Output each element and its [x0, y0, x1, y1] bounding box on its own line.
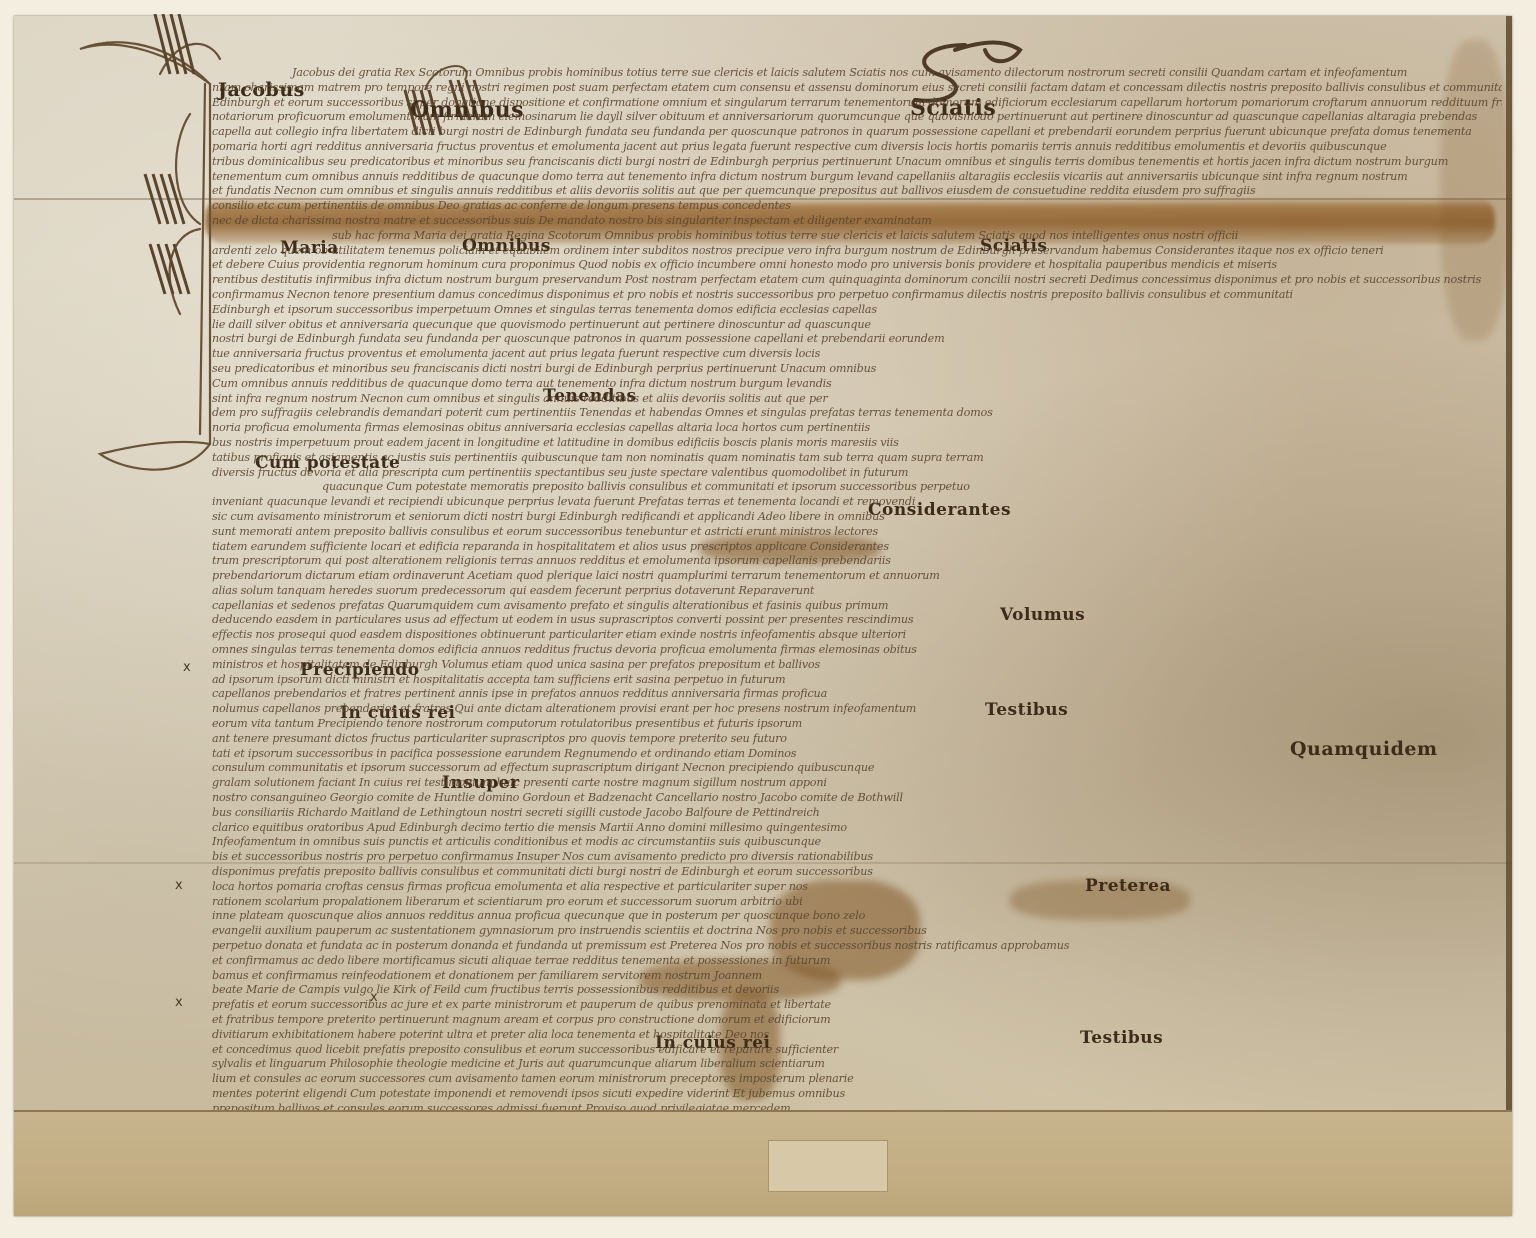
text-line: eorum vita tantum Precipiendo tenore nos…	[212, 717, 1502, 732]
text-line: nec de dicta charissima nostra matre et …	[212, 214, 1502, 229]
text-line: quacunque Cum potestate memoratis prepos…	[212, 480, 1502, 495]
text-line: sint infra regnum nostrum Necnon cum omn…	[212, 392, 1502, 407]
text-line: tati et ipsorum successoribus in pacific…	[212, 747, 1502, 762]
text-line: prefatis et eorum successoribus ac jure …	[212, 998, 1502, 1013]
text-line: alias solum tanquam heredes suorum prede…	[212, 584, 1502, 599]
text-line: Edinburgh et eorum successoribus super d…	[212, 96, 1502, 111]
text-line: beate Marie de Campis vulgo lie Kirk of …	[212, 983, 1502, 998]
margin-cross-mark: x	[370, 990, 378, 1005]
text-line: gralam solutionem faciant In cuius rei t…	[212, 776, 1502, 791]
text-line: tribus dominicalibus seu predicatoribus …	[212, 155, 1502, 170]
text-line: sylvalis et linguarum Philosophie theolo…	[212, 1057, 1502, 1072]
text-line: evangelii auxilium pauperum ac sustentat…	[212, 924, 1502, 939]
text-line: consilio etc cum pertinentiis de omnibus…	[212, 199, 1502, 214]
decorated-initial-flourish	[60, 14, 230, 484]
text-line: notariorum proficuorum emolumentorum fir…	[212, 110, 1502, 125]
text-line: sic cum avisamento ministrorum et senior…	[212, 510, 1502, 525]
text-line: dem pro suffragiis celebrandis demandari…	[212, 406, 1502, 421]
text-line: diversis fructus devoria et alia prescri…	[212, 466, 1502, 481]
text-line: tatibus proficuis et asiamentis ac justi…	[212, 451, 1502, 466]
seal-slit	[768, 1140, 888, 1192]
text-line: disponimus prefatis preposito ballivis c…	[212, 865, 1502, 880]
text-line: et fundatis Necnon cum omnibus et singul…	[212, 184, 1502, 199]
text-line: capella aut collegio infra libertatem di…	[212, 125, 1502, 140]
text-line: confirmamus Necnon tenore presentium dam…	[212, 288, 1502, 303]
text-line: bus consiliariis Richardo Maitland de Le…	[212, 806, 1502, 821]
text-line: sunt memorati antem preposito ballivis c…	[212, 525, 1502, 540]
text-line: prebendariorum dictarum etiam ordinaveru…	[212, 569, 1502, 584]
text-line: effectis nos prosequi quod easdem dispos…	[212, 628, 1502, 643]
plica-fold	[14, 1110, 1512, 1216]
text-line: deducendo easdem in particulares usus ad…	[212, 613, 1502, 628]
text-line: nostro consanguineo Georgio comite de Hu…	[212, 791, 1502, 806]
text-line: lie daill silver obitus et anniversaria …	[212, 318, 1502, 333]
text-line: et fratribus tempore preterito pertinuer…	[212, 1013, 1502, 1028]
text-line: tenementum cum omnibus annuis redditibus…	[212, 170, 1502, 185]
text-line: Cum omnibus annuis redditibus de quacunq…	[212, 377, 1502, 392]
text-line: ministros et hospitalitatem de Edinburgh…	[212, 658, 1502, 673]
text-line: ant tenere presumant dictos fructus part…	[212, 732, 1502, 747]
text-line: et concedimus quod licebit prefatis prep…	[212, 1043, 1502, 1058]
text-line: et confirmamus ac dedo libere mortificam…	[212, 954, 1502, 969]
text-line: capellanias et sedenos prefatas Quarumqu…	[212, 599, 1502, 614]
text-line: capellanos prebendarios et fratres perti…	[212, 687, 1502, 702]
text-line: noria proficua emolumenta firmas elemosi…	[212, 421, 1502, 436]
text-line: loca hortos pomaria croftas census firma…	[212, 880, 1502, 895]
text-line: nolumus capellanos prebendarios et fratr…	[212, 702, 1502, 717]
text-line: consulum communitatis et ipsorum success…	[212, 761, 1502, 776]
text-line: nram charissimam matrem pro tempore regn…	[212, 81, 1502, 96]
text-line: Edinburgh et ipsorum successoribus imper…	[212, 303, 1502, 318]
text-line: lium et consules ac eorum successores cu…	[212, 1072, 1502, 1087]
text-line: rationem scolarium propalationem liberar…	[212, 895, 1502, 910]
text-line: mentes poterint eligendi Cum potestate i…	[212, 1087, 1502, 1102]
margin-cross-mark: x	[183, 660, 191, 675]
text-line: Infeofamentum in omnibus suis punctis et…	[212, 835, 1502, 850]
margin-cross-mark: x	[175, 995, 183, 1010]
text-line: Jacobus dei gratia Rex Scotorum Omnibus …	[212, 66, 1502, 81]
text-line: sub hac forma Maria dei gratia Regina Sc…	[212, 229, 1502, 244]
text-line: pomaria horti agri redditus anniversaria…	[212, 140, 1502, 155]
text-line: omnes singulas terras tenementa domos ed…	[212, 643, 1502, 658]
text-line: trum prescriptorum qui post alterationem…	[212, 554, 1502, 569]
text-line: divitiarum exhibitationem habere poterin…	[212, 1028, 1502, 1043]
text-line: tiatem earundem sufficiente locari et ed…	[212, 540, 1502, 555]
text-line: inveniant quacunque levandi et recipiend…	[212, 495, 1502, 510]
charter-body-text: Jacobus dei gratia Rex Scotorum Omnibus …	[212, 66, 1502, 1191]
text-line: et debere Cuius providentia regnorum hom…	[212, 258, 1502, 273]
text-line: bus nostris imperpetuum prout eadem jace…	[212, 436, 1502, 451]
text-line: nostri burgi de Edinburgh fundata seu fu…	[212, 332, 1502, 347]
text-line: tue anniversaria fructus proventus et em…	[212, 347, 1502, 362]
text-line: perpetuo donata et fundata ac in posteru…	[212, 939, 1502, 954]
text-line: seu predicatoribus et minoribus seu fran…	[212, 362, 1502, 377]
text-line: rentibus destitutis infirmibus infra dic…	[212, 273, 1502, 288]
margin-cross-mark: x	[175, 878, 183, 893]
text-line: ardenti zelo quem ob utilitatem tenemus …	[212, 244, 1502, 259]
text-line: bis et successoribus nostris pro perpetu…	[212, 850, 1502, 865]
text-line: clarico equitibus oratoribus Apud Edinbu…	[212, 821, 1502, 836]
text-line: ad ipsorum ipsorum dicti ministri et hos…	[212, 673, 1502, 688]
text-line: inne plateam quoscunque alios annuos red…	[212, 909, 1502, 924]
text-line: bamus et confirmamus reinfeodationem et …	[212, 969, 1502, 984]
